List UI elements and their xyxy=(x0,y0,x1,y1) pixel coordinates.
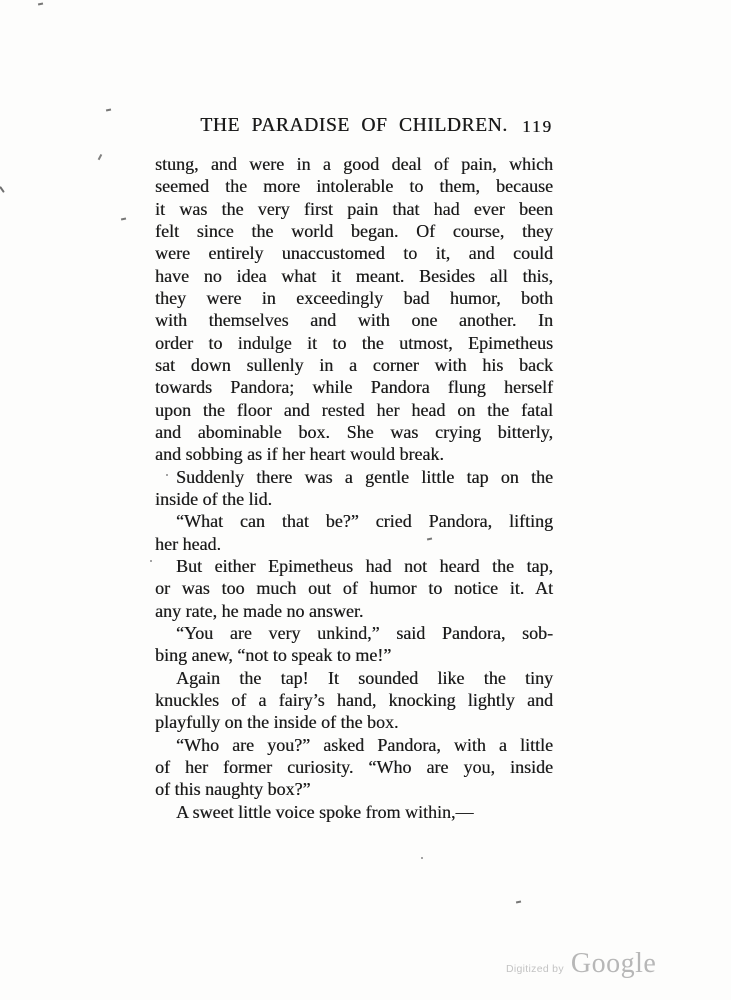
scan-speck xyxy=(0,186,5,193)
text-line: seemed the more intolerable to them, bec… xyxy=(155,175,553,197)
google-logo: Google xyxy=(571,948,656,980)
scan-speck xyxy=(121,217,126,220)
page-text: stung, and were in a good deal of pain, … xyxy=(155,153,553,823)
text-line: her head. xyxy=(155,533,553,555)
text-line: “Who are you?” asked Pandora, with a lit… xyxy=(155,734,553,756)
text-line: “You are very unkind,” said Pandora, sob… xyxy=(155,622,553,644)
text-line: knuckles of a fairy’s hand, knocking lig… xyxy=(155,689,553,711)
running-header: THE PARADISE OF CHILDREN. 119 xyxy=(155,113,553,139)
text-line: inside of the lid. xyxy=(155,488,553,510)
google-watermark: Digitized by Google xyxy=(506,948,656,980)
text-line: A sweet little voice spoke from within,— xyxy=(155,801,553,823)
text-line: and sobbing as if her heart would break. xyxy=(155,443,553,465)
text-line: sat down sullenly in a corner with his b… xyxy=(155,354,553,376)
text-line: bing anew, “not to speak to me!” xyxy=(155,644,553,666)
scan-speck xyxy=(106,108,111,111)
text-line: with themselves and with one another. In xyxy=(155,309,553,331)
page-title: THE PARADISE OF CHILDREN. xyxy=(155,113,553,139)
text-line: it was the very first pain that had ever… xyxy=(155,198,553,220)
text-line: “What can that be?” cried Pandora, lifti… xyxy=(155,510,553,532)
text-line: were entirely unaccustomed to it, and co… xyxy=(155,242,553,264)
text-line: playfully on the inside of the box. xyxy=(155,711,553,733)
text-line: order to indulge it to the utmost, Epime… xyxy=(155,332,553,354)
book-page: THE PARADISE OF CHILDREN. 119 stung, and… xyxy=(0,0,731,1000)
text-line: upon the floor and rested her head on th… xyxy=(155,399,553,421)
scan-speck xyxy=(98,154,102,160)
text-line: Again the tap! It sounded like the tiny xyxy=(155,667,553,689)
scan-speck xyxy=(38,2,43,5)
page-number: 119 xyxy=(522,114,553,140)
text-line: they were in exceedingly bad humor, both xyxy=(155,287,553,309)
scan-speck xyxy=(150,560,152,562)
text-line: stung, and were in a good deal of pain, … xyxy=(155,153,553,175)
text-line: towards Pandora; while Pandora flung her… xyxy=(155,376,553,398)
text-line: have no idea what it meant. Besides all … xyxy=(155,265,553,287)
text-line: Suddenly there was a gentle little tap o… xyxy=(155,466,553,488)
text-line: of this naughty box?” xyxy=(155,778,553,800)
text-line: But either Epimetheus had not heard the … xyxy=(155,555,553,577)
digitized-by-label: Digitized by xyxy=(506,963,564,975)
text-line: felt since the world began. Of course, t… xyxy=(155,220,553,242)
text-line: any rate, he made no answer. xyxy=(155,600,553,622)
scan-speck xyxy=(516,900,521,903)
text-line: and abominable box. She was crying bitte… xyxy=(155,421,553,443)
text-line: or was too much out of humor to notice i… xyxy=(155,577,553,599)
text-line: of her former curiosity. “Who are you, i… xyxy=(155,756,553,778)
scan-speck xyxy=(421,857,423,859)
